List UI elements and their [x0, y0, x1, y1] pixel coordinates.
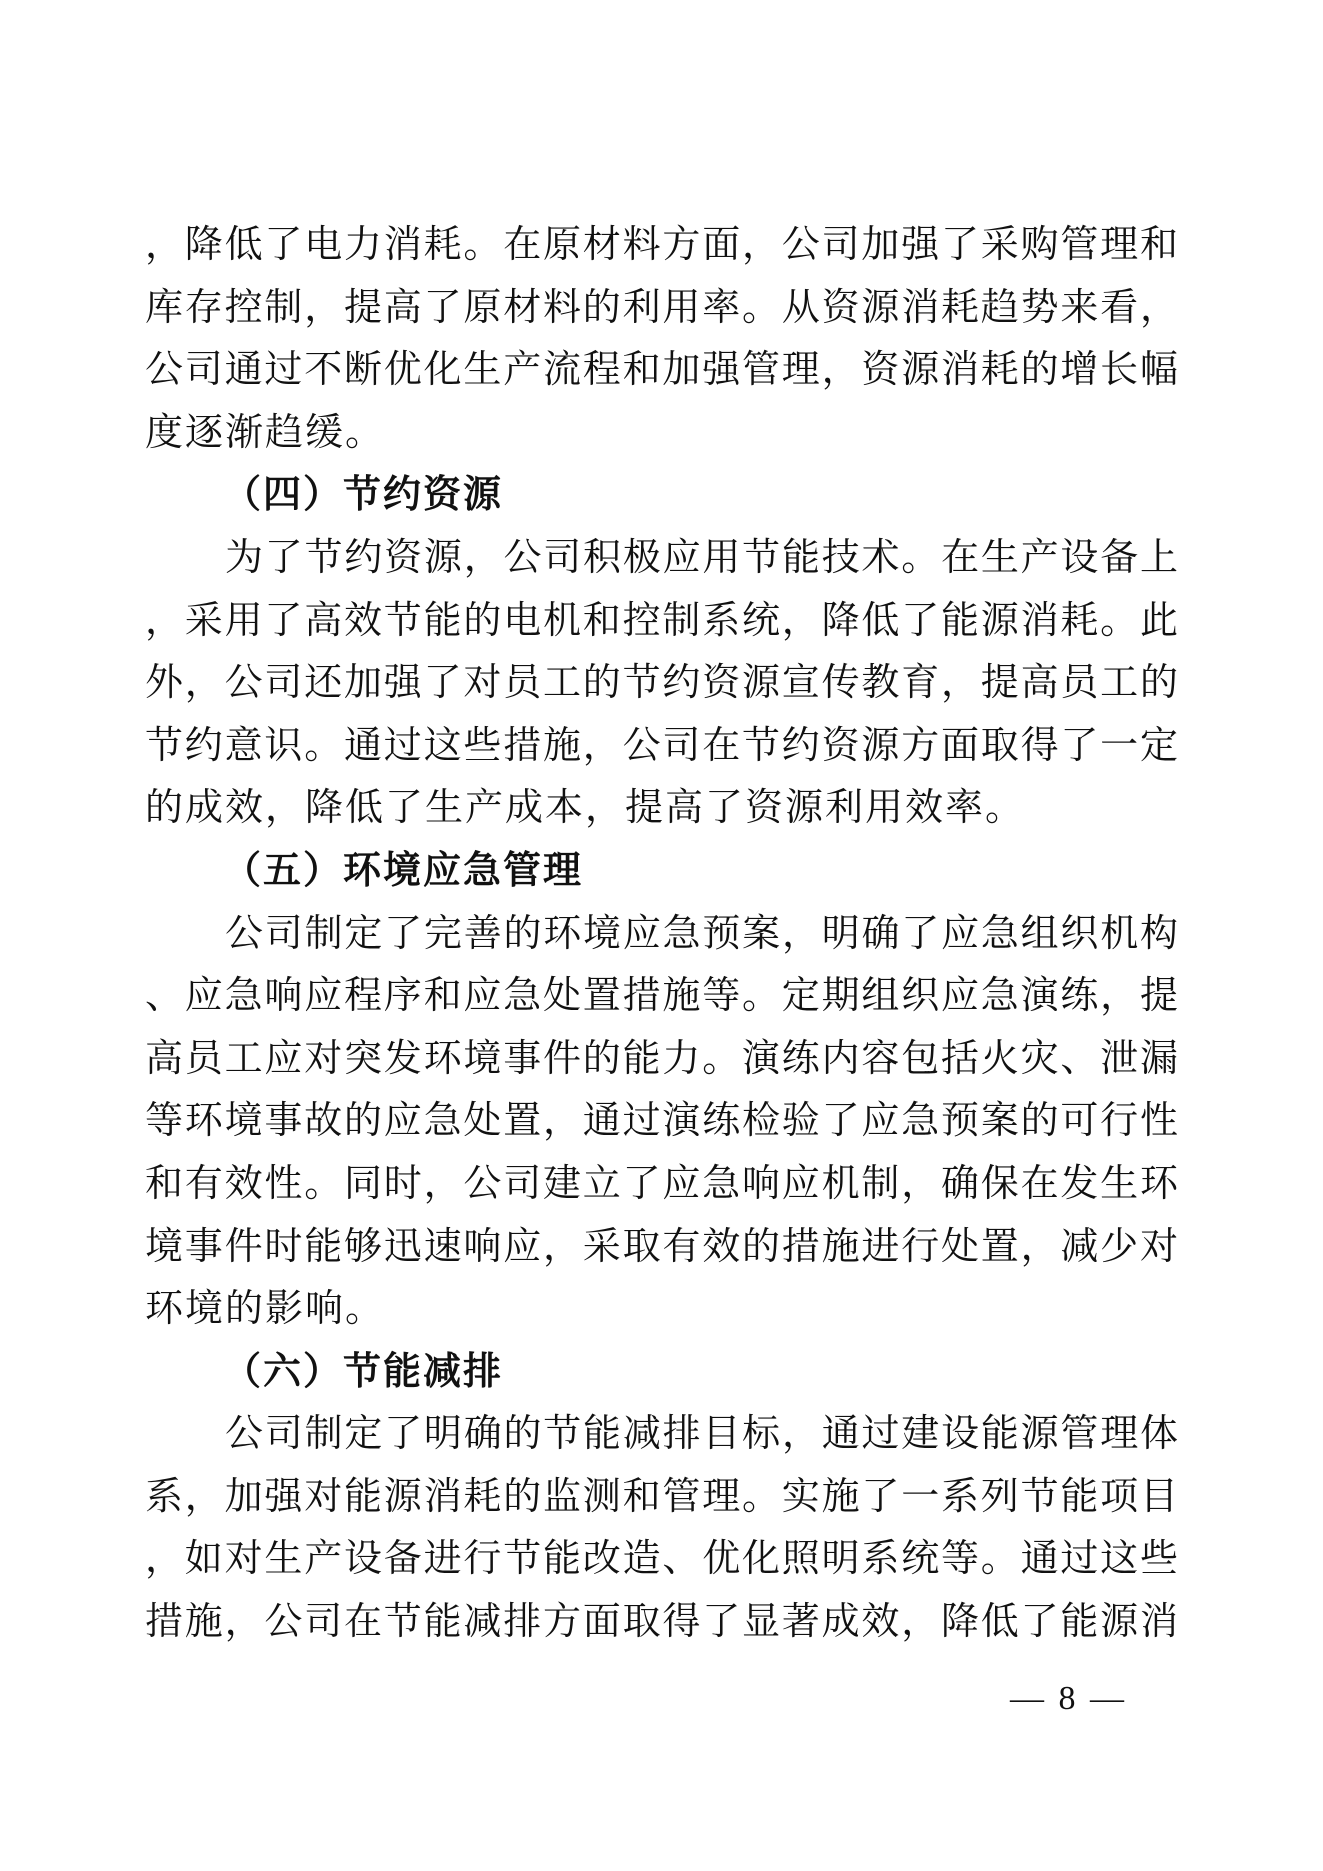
text-line: 环境的影响。	[145, 1278, 1178, 1341]
page-number: — 8 —	[1010, 1680, 1127, 1717]
text-line: 公司通过不断优化生产流程和加强管理，资源消耗的增长幅	[145, 339, 1178, 402]
text-line: 系，加强对能源消耗的监测和管理。实施了一系列节能项目	[145, 1466, 1178, 1529]
text-line: 境事件时能够迅速响应，采取有效的措施进行处置，减少对	[145, 1216, 1178, 1279]
text-line: ，如对生产设备进行节能改造、优化照明系统等。通过这些	[145, 1528, 1178, 1591]
text-line: 节约意识。通过这些措施，公司在节约资源方面取得了一定	[145, 715, 1178, 778]
text-line: 和有效性。同时，公司建立了应急响应机制，确保在发生环	[145, 1153, 1178, 1216]
text-line: 公司制定了完善的环境应急预案，明确了应急组织机构	[145, 903, 1178, 966]
text-line: ，采用了高效节能的电机和控制系统，降低了能源消耗。此	[145, 590, 1178, 653]
text-line: 为了节约资源，公司积极应用节能技术。在生产设备上	[145, 527, 1178, 590]
text-line: 高员工应对突发环境事件的能力。演练内容包括火灾、泄漏	[145, 1028, 1178, 1091]
text-line: 措施，公司在节能减排方面取得了显著成效，降低了能源消	[145, 1591, 1178, 1654]
text-line: 等环境事故的应急处置，通过演练检验了应急预案的可行性	[145, 1090, 1178, 1153]
heading-section-4: （四）节约资源	[145, 464, 1178, 527]
text-line: 度逐渐趋缓。	[145, 402, 1178, 465]
text-line: 库存控制，提高了原材料的利用率。从资源消耗趋势来看，	[145, 277, 1178, 340]
heading-section-5: （五）环境应急管理	[145, 840, 1178, 903]
text-line: 的成效，降低了生产成本，提高了资源利用效率。	[145, 777, 1178, 840]
page-footer: — 8 —	[1010, 1678, 1127, 1720]
heading-section-6: （六）节能减排	[145, 1341, 1178, 1404]
text-line: 、应急响应程序和应急处置措施等。定期组织应急演练，提	[145, 965, 1178, 1028]
text-line: 外，公司还加强了对员工的节约资源宣传教育，提高员工的	[145, 652, 1178, 715]
text-line: 公司制定了明确的节能减排目标，通过建设能源管理体	[145, 1403, 1178, 1466]
document-page: ，降低了电力消耗。在原材料方面，公司加强了采购管理和 库存控制，提高了原材料的利…	[0, 0, 1323, 1871]
text-line: ，降低了电力消耗。在原材料方面，公司加强了采购管理和	[145, 214, 1178, 277]
page-body: ，降低了电力消耗。在原材料方面，公司加强了采购管理和 库存控制，提高了原材料的利…	[145, 214, 1178, 1654]
